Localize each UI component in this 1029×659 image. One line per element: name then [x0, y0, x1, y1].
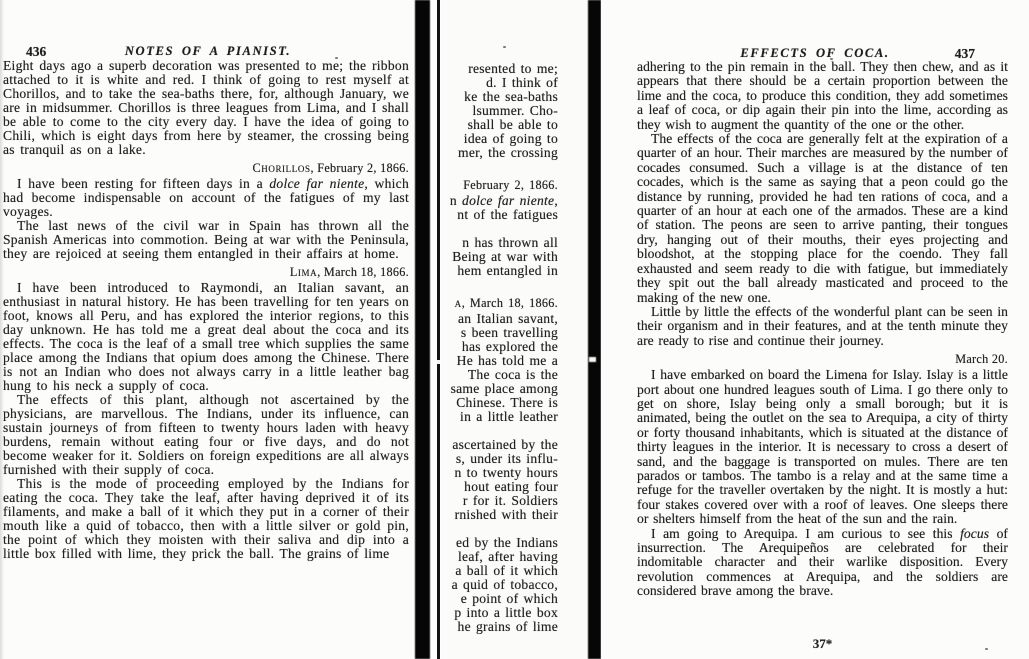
strip-line: ke the sea-baths: [441, 90, 558, 104]
strip-line: an Italian savant,: [441, 312, 558, 326]
strip-line: n to twenty hours: [441, 466, 558, 480]
strip-line: shall be able to: [441, 118, 558, 132]
text-segment: I have embarked on board the Limena for …: [637, 367, 1008, 526]
text-segment: same place among: [451, 381, 558, 396]
text-segment: adhering to the pin remain in the ball. …: [637, 59, 1008, 132]
text-segment: , February 2, 1866.: [311, 161, 409, 175]
text-segment: I have been introduced to Raymondi, an I…: [3, 280, 409, 393]
strip-line: he grains of lime: [441, 620, 558, 634]
text-segment: , March 18, 1866.: [462, 296, 558, 310]
strip-line: lsummer. Cho-: [441, 104, 558, 118]
text-segment: Being at war with: [452, 249, 558, 264]
text-segment: p into a little box: [454, 605, 558, 620]
bar-notch: [589, 357, 596, 362]
strip-line: d. I think of: [441, 76, 558, 90]
scanned-book-spread: { "left_page": { "page_number": "436", "…: [0, 0, 1029, 659]
text-segment: focus: [960, 526, 989, 541]
strip-line: leaf, after having: [441, 550, 558, 564]
text-segment: a: [455, 296, 462, 310]
left-running-head: NOTES OF A PIANIST.: [0, 44, 416, 59]
text-segment: a ball of it which: [455, 563, 558, 578]
strip-line: The coca is the: [441, 368, 558, 382]
text-segment: March 20.: [955, 352, 1008, 366]
text-segment: ed by the Indians: [456, 535, 558, 550]
text-segment: The effects of the coca are generally fe…: [637, 131, 1008, 304]
strip-line: hem entangled in: [441, 264, 558, 278]
paragraph: This is the mode of proceeding employed …: [3, 477, 409, 561]
text-segment: lsummer. Cho-: [472, 103, 558, 118]
paragraph: The effects of this plant, although not …: [3, 393, 409, 477]
strip-line: resented to me;: [441, 62, 558, 76]
text-segment: shall be able to: [468, 117, 558, 132]
text-segment: leaf, after having: [458, 549, 558, 564]
strip-line: a quid of tobacco,: [441, 578, 558, 592]
right-page: EFFECTS OF COCA. 437 adhering to the pin…: [601, 0, 1029, 659]
strip-blank-line: [441, 160, 558, 174]
strip-line: idea of going to: [441, 132, 558, 146]
text-segment: Lima: [290, 265, 317, 279]
text-segment: e point of which: [461, 591, 558, 606]
paragraph: I have been resting for fifteen days in …: [3, 177, 409, 219]
text-segment: ,: [554, 193, 558, 208]
text-segment: He has told me a: [457, 353, 558, 368]
text-segment: nt of the fatigues: [457, 207, 558, 222]
strip-line: r for it. Soldiers: [441, 494, 558, 508]
strip-line: same place among: [441, 382, 558, 396]
text-segment: n: [450, 193, 462, 208]
scan-speck: [830, 58, 833, 60]
strip-line: e point of which: [441, 592, 558, 606]
left-page: 436 NOTES OF A PIANIST. Eight days ago a…: [0, 0, 416, 659]
paragraph: I have embarked on board the Limena for …: [637, 368, 1008, 526]
text-segment: s been travelling: [461, 325, 558, 340]
text-segment: The last news of the civil war in Spain …: [3, 218, 409, 261]
signature-mark: 37*: [637, 636, 1008, 652]
dateline: Chorillos, February 2, 1866.: [3, 161, 409, 175]
rule-notch: [437, 360, 440, 364]
page-edge-rule: [437, 0, 440, 659]
text-segment: I am going to Arequipa. I am curious to …: [651, 526, 960, 541]
strip-line: Being at war with: [441, 250, 558, 264]
strip-line: rnished with their: [441, 508, 558, 522]
text-segment: n to twenty hours: [454, 465, 558, 480]
strip-line: nt of the fatigues: [441, 208, 558, 222]
text-segment: hout eating four: [464, 479, 558, 494]
text-segment: I have been resting for fifteen days in …: [17, 176, 269, 191]
gutter-bar-right: [588, 0, 601, 659]
strip-blank-line: [441, 278, 558, 292]
text-segment: The effects of this plant, although not …: [3, 392, 409, 477]
strip-line: a ball of it which: [441, 564, 558, 578]
text-segment: Little by little the effects of the wond…: [637, 304, 1008, 348]
strip-blank-line: [441, 424, 558, 438]
text-segment: a quid of tobacco,: [452, 577, 558, 592]
paragraph: adhering to the pin remain in the ball. …: [637, 60, 1008, 132]
text-segment: ke the sea-baths: [464, 89, 558, 104]
text-segment: dolce far niente: [462, 193, 554, 208]
text-segment: d. I think of: [486, 75, 558, 90]
dateline: March 20.: [637, 352, 1008, 366]
text-segment: The coca is the: [468, 367, 558, 382]
text-segment: rnished with their: [455, 507, 558, 522]
strip-line: p into a little box: [441, 606, 558, 620]
paragraph: I have been introduced to Raymondi, an I…: [3, 281, 409, 393]
dateline: Lima, March 18, 1866.: [3, 265, 409, 279]
text-segment: idea of going to: [464, 131, 558, 146]
text-segment: Eight days ago a superb decoration was p…: [3, 58, 409, 157]
strip-line: a, March 18, 1866.: [441, 296, 558, 310]
text-segment: an Italian savant,: [458, 311, 558, 326]
strip-line: n has thrown all: [441, 236, 558, 250]
paragraph: Little by little the effects of the wond…: [637, 305, 1008, 348]
text-segment: dolce far niente: [269, 176, 364, 191]
strip-line: s, under its influ-: [441, 452, 558, 466]
strip-blank-line: [441, 522, 558, 536]
scan-edge-shade: [0, 0, 4, 659]
strip-line: mer, the crossing: [441, 146, 558, 160]
strip-text: resented to me;d. I think ofke the sea-b…: [441, 62, 558, 634]
scan-speck: [503, 46, 506, 48]
text-segment: in a little leather: [460, 409, 558, 424]
text-segment: r for it. Soldiers: [463, 493, 558, 508]
text-segment: This is the mode of proceeding employed …: [3, 476, 409, 561]
text-segment: s, under its influ-: [456, 451, 558, 466]
strip-line: February 2, 1866.: [441, 178, 558, 192]
strip-blank-line: [441, 222, 558, 236]
paragraph: The effects of the coca are generally fe…: [637, 132, 1008, 305]
strip-line: Chinese. There is: [441, 396, 558, 410]
text-segment: Chinese. There is: [456, 395, 558, 410]
text-segment: he grains of lime: [458, 619, 558, 634]
text-segment: n has thrown all: [462, 235, 558, 250]
paragraph: I am going to Arequipa. I am curious to …: [637, 527, 1008, 599]
text-segment: ascertained by the: [452, 437, 558, 452]
scan-speck: [335, 57, 338, 59]
strip-line: ed by the Indians: [441, 536, 558, 550]
scan-speck: [985, 648, 988, 650]
strip-line: hout eating four: [441, 480, 558, 494]
left-page-body: Eight days ago a superb decoration was p…: [3, 59, 409, 561]
text-segment: February 2, 1866.: [463, 178, 558, 192]
paragraph: The last news of the civil war in Spain …: [3, 219, 409, 261]
strip-line: n dolce far niente,: [441, 194, 558, 208]
strip-line: s been travelling: [441, 326, 558, 340]
text-segment: Chorillos: [253, 161, 311, 175]
text-segment: , March 18, 1866.: [317, 265, 409, 279]
gutter-bar-left: [415, 0, 430, 659]
strip-line: has explored the: [441, 340, 558, 354]
strip-line: ascertained by the: [441, 438, 558, 452]
paragraph: Eight days ago a superb decoration was p…: [3, 59, 409, 157]
text-segment: has explored the: [462, 339, 558, 354]
text-segment: resented to me;: [468, 61, 558, 76]
text-segment: hem entangled in: [457, 263, 558, 278]
strip-line: in a little leather: [441, 410, 558, 424]
right-page-body: adhering to the pin remain in the ball. …: [637, 60, 1008, 599]
strip-line: He has told me a: [441, 354, 558, 368]
text-segment: mer, the crossing: [458, 145, 558, 160]
center-scan-strip: resented to me;d. I think ofke the sea-b…: [441, 0, 588, 659]
